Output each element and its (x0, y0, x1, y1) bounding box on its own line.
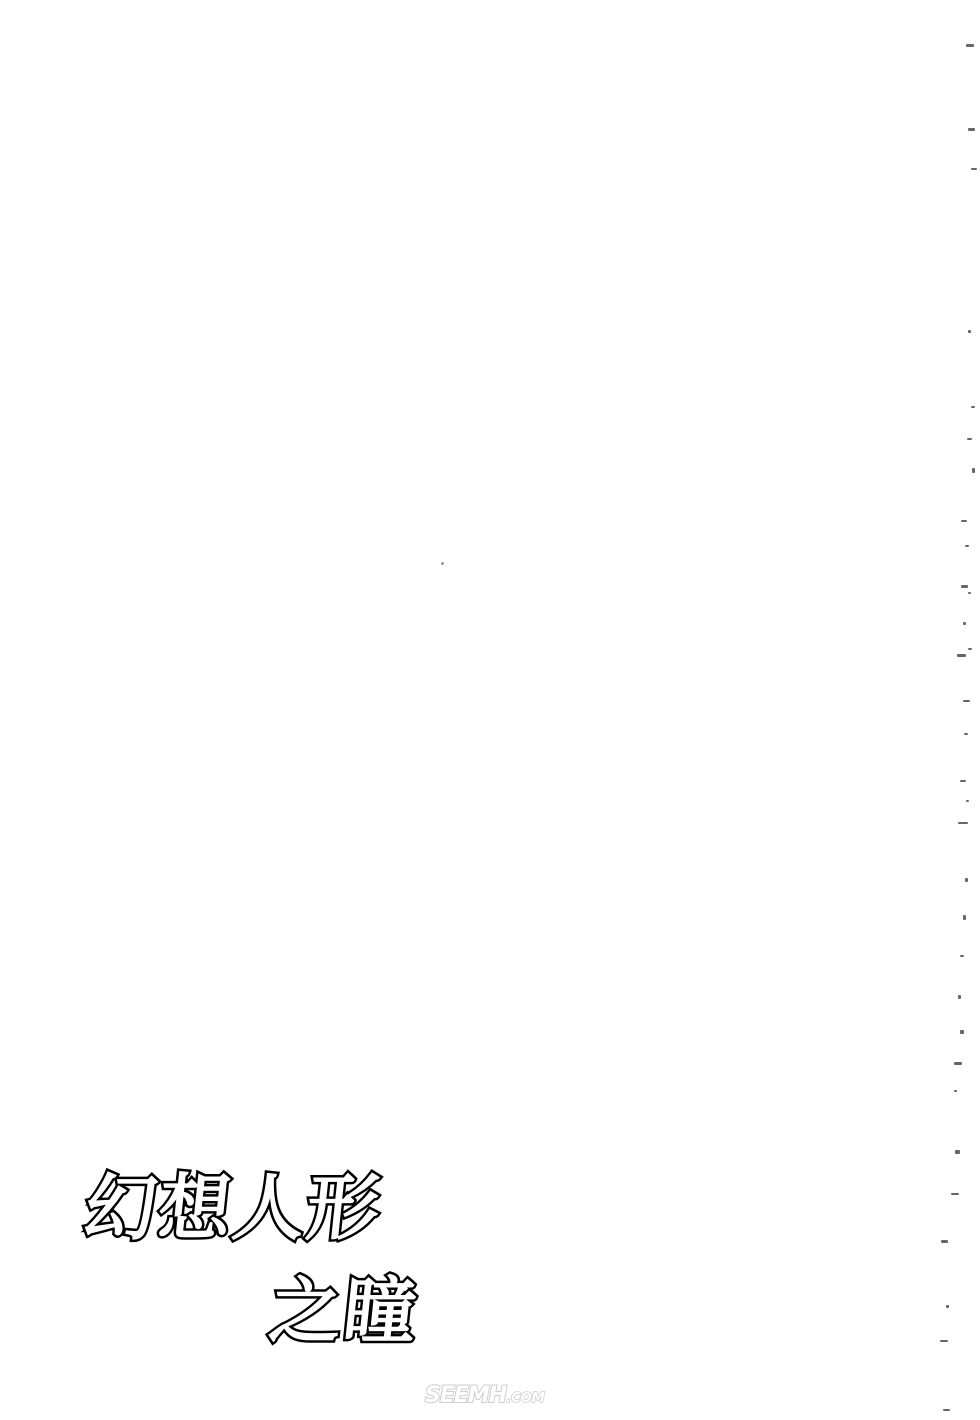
scan-speck (940, 1340, 948, 1342)
scan-speck (963, 700, 970, 702)
scan-speck (960, 1030, 964, 1034)
scan-speck (954, 1062, 962, 1065)
scan-speck (946, 1305, 949, 1308)
site-watermark: SEEMH.COM (425, 1383, 545, 1408)
scan-speck (965, 545, 969, 547)
scan-speck (965, 878, 968, 882)
scan-speck (958, 995, 961, 999)
title-line-2: 之瞳 (266, 1275, 422, 1347)
scan-speck (963, 622, 966, 625)
scan-dust-dot (441, 562, 444, 565)
scan-speck (971, 406, 975, 408)
scan-speck (968, 330, 971, 333)
scan-speck (963, 915, 966, 920)
scan-speck (957, 654, 966, 657)
scan-speck (961, 585, 968, 588)
scan-speck (968, 648, 972, 650)
scan-speck (955, 1150, 960, 1154)
scan-speck (967, 438, 972, 440)
scan-speck (968, 128, 975, 131)
scan-speck (971, 168, 977, 170)
scan-speck (941, 1240, 948, 1243)
watermark-suffix: .COM (506, 1391, 544, 1406)
watermark-brand: SEEMH (425, 1383, 506, 1408)
title-line-1: 幻想人形 (81, 1172, 385, 1244)
scan-speck (951, 1193, 959, 1195)
scan-speck (958, 822, 968, 824)
scan-speck (964, 733, 968, 735)
scan-speck (961, 520, 967, 522)
scan-speck (972, 468, 975, 473)
scan-speck (943, 1409, 950, 1411)
scan-speck (954, 1090, 957, 1092)
scan-speck (966, 44, 974, 47)
scan-speck (960, 780, 966, 782)
manga-page: 幻想人形 之瞳 SEEMH.COM (0, 0, 980, 1420)
scan-speck (968, 592, 971, 594)
scan-speck (966, 800, 969, 802)
scan-speck (960, 955, 964, 957)
